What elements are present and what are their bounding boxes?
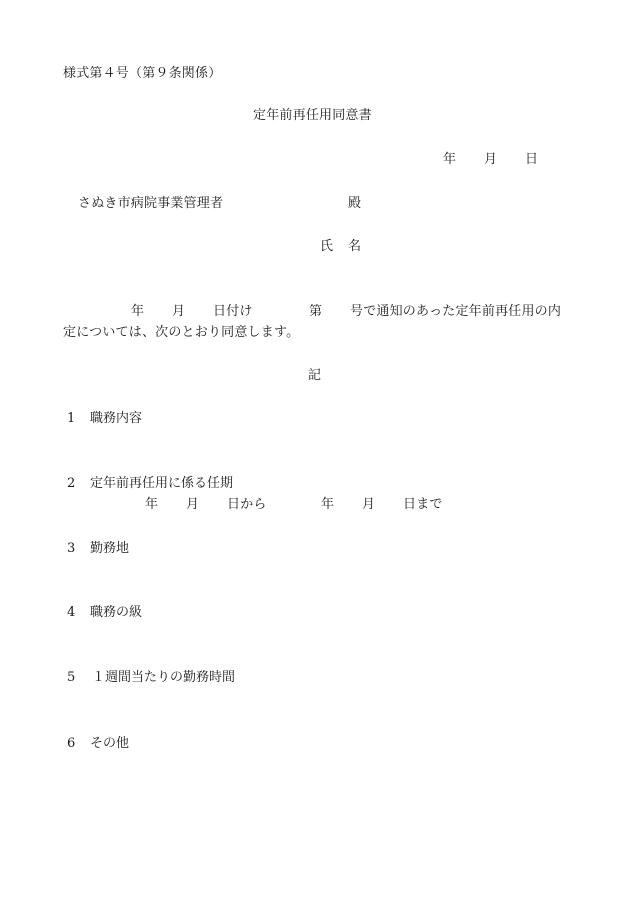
document-page: 様式第４号（第９条関係） 定年前再任用同意書 年 月 日 さぬき市病院事業管理者… [0, 0, 630, 903]
term-to-day: 日まで [403, 498, 443, 511]
addressee-honorific: 殿 [348, 197, 361, 210]
item-label: 職務の級 [90, 606, 142, 619]
ki-heading: 記 [308, 369, 321, 382]
item-label: 職務内容 [90, 412, 142, 425]
term-from-month: 月 [186, 498, 199, 511]
notice-year-label: 年 [131, 305, 144, 318]
notice-text: 号で通知のあった定年前再任用の内 [350, 305, 561, 318]
term-to-month: 月 [362, 498, 375, 511]
item-number: 1 [67, 412, 75, 425]
date-year-label: 年 [443, 153, 456, 166]
term-from-day: 日から [227, 498, 267, 511]
term-from-year: 年 [145, 498, 158, 511]
item-number: 4 [67, 606, 75, 619]
item-label: １週間当たりの勤務時間 [92, 671, 235, 684]
item-number: 6 [67, 737, 75, 750]
item-label: 定年前再任用に係る任期 [90, 477, 233, 490]
form-label: 様式第４号（第９条関係） [63, 67, 221, 80]
item-label: 勤務地 [90, 542, 129, 555]
term-to-year: 年 [321, 498, 334, 511]
date-month-label: 月 [484, 153, 497, 166]
notice-month-label: 月 [172, 305, 185, 318]
consent-text: 定については、次のとおり同意します。 [63, 326, 299, 339]
document-title: 定年前再任用同意書 [253, 109, 372, 122]
item-number: 3 [67, 542, 75, 555]
addressee-name: さぬき市病院事業管理者 [78, 197, 223, 210]
item-number: 5 [67, 671, 75, 684]
item-label: その他 [90, 737, 129, 750]
date-day-label: 日 [525, 153, 538, 166]
item-number: 2 [67, 477, 75, 490]
notice-number-prefix: 第 [309, 305, 322, 318]
signer-label-shi: 氏 [320, 240, 333, 253]
notice-day-label: 日付け [213, 305, 253, 318]
signer-label-mei: 名 [348, 240, 361, 253]
